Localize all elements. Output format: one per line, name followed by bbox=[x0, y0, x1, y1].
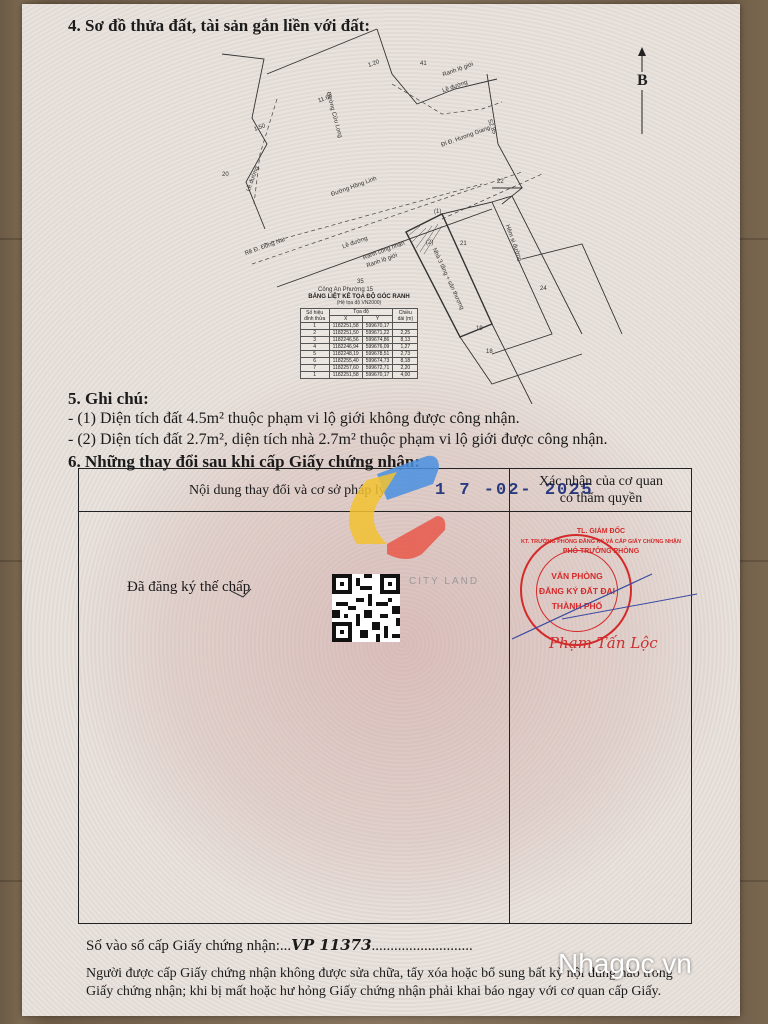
qr-code[interactable] bbox=[332, 574, 400, 642]
coordinate-cell-point: 5 bbox=[300, 351, 329, 358]
coordinate-cell-len: 8,13 bbox=[393, 337, 418, 344]
col-header-confirm-line2: có thẩm quyền bbox=[511, 490, 691, 507]
coordinate-cell-point: 4 bbox=[300, 344, 329, 351]
coordinate-table-row: 61182255,40599674,738,18 bbox=[300, 358, 418, 365]
coordinate-cell-point: 2 bbox=[300, 330, 329, 337]
coordinate-cell-len bbox=[393, 323, 418, 330]
coordinate-cell-y: 599672,71 bbox=[362, 365, 393, 372]
coordinate-cell-len: 8,18 bbox=[393, 358, 418, 365]
registry-value: VP 11373 bbox=[291, 936, 371, 954]
coordinate-cell-len: 2,73 bbox=[393, 351, 418, 358]
coordinate-cell-x: 1182248,19 bbox=[329, 351, 362, 358]
map-label-note: (2) bbox=[426, 240, 433, 246]
col-y: Y bbox=[362, 316, 393, 323]
coordinate-cell-x: 1182251,58 bbox=[329, 372, 362, 379]
signature-stroke-icon bbox=[502, 554, 702, 644]
coordinate-cell-y: 599674,86 bbox=[362, 337, 393, 344]
col-length: Chiều dài (m) bbox=[393, 309, 418, 323]
coordinate-cell-point: 1 bbox=[300, 372, 329, 379]
coordinate-cell-x: 1182246,56 bbox=[329, 337, 362, 344]
map-label-parcel: 19 bbox=[476, 326, 483, 332]
coordinate-table-row: 31182246,56599674,868,13 bbox=[300, 337, 418, 344]
coordinate-cell-point: 6 bbox=[300, 358, 329, 365]
col-header-confirm-line1: Xác nhận của cơ quan bbox=[511, 473, 691, 490]
warning-line-2: Giấy chứng nhận; khi bị mất hoặc hư hỏng… bbox=[86, 984, 661, 1000]
coordinate-cell-len: 2,20 bbox=[393, 365, 418, 372]
coordinate-cell-y: 599670,17 bbox=[362, 372, 393, 379]
coordinate-cell-y: 599674,73 bbox=[362, 358, 393, 365]
coordinate-table: Số hiệu đỉnh thửa Tọa độ Chiều dài (m) X… bbox=[300, 308, 419, 379]
qr-code-icon bbox=[332, 574, 400, 642]
coordinate-cell-len: 4,00 bbox=[393, 372, 418, 379]
map-label-parcel: 24 bbox=[540, 286, 547, 292]
registry-number: Số vào sổ cấp Giấy chứng nhận:...VP 1137… bbox=[86, 936, 473, 955]
map-label-parcel: 41 bbox=[420, 61, 427, 67]
coordinate-table-block: BẢNG LIỆT KÊ TỌA ĐỘ GÓC RANH (Hệ tọa độ … bbox=[274, 294, 444, 379]
coordinate-table-row: 11182251,58599670,17 bbox=[300, 323, 418, 330]
map-label-parcel: 21 bbox=[460, 241, 467, 247]
col-point: Số hiệu đỉnh thửa bbox=[300, 309, 329, 323]
col-coords: Tọa độ bbox=[329, 309, 393, 316]
coordinate-cell-len: 2,25 bbox=[393, 330, 418, 337]
coordinate-table-row: 71182257,60599672,712,20 bbox=[300, 365, 418, 372]
coordinate-cell-x: 1182251,50 bbox=[329, 330, 362, 337]
coordinate-table-row: 41182246,94599676,091,27 bbox=[300, 344, 418, 351]
registry-label: Số vào sổ cấp Giấy chứng nhận:... bbox=[86, 938, 291, 954]
note-1: - (1) Diện tích đất 4.5m² thuộc phạm vi … bbox=[68, 410, 520, 428]
map-label-parcel: 20 bbox=[222, 172, 229, 178]
map-label-station: Công An Phường 15 bbox=[318, 287, 373, 293]
map-label-parcel: 18 bbox=[486, 349, 493, 355]
coordinate-cell-x: 1182251,58 bbox=[329, 323, 362, 330]
coordinate-cell-point: 3 bbox=[300, 337, 329, 344]
registry-dots: ........................... bbox=[372, 938, 473, 954]
site-watermark: Nhagoc.vn bbox=[558, 948, 692, 980]
coordinate-cell-point: 7 bbox=[300, 365, 329, 372]
coordinate-table-row: 11182251,58599670,174,00 bbox=[300, 372, 418, 379]
coordinate-cell-y: 599676,09 bbox=[362, 344, 393, 351]
certificate-page: 4. Sơ đồ thửa đất, tài sản gắn liền với … bbox=[22, 4, 740, 1016]
coordinate-cell-x: 1182257,60 bbox=[329, 365, 362, 372]
coordinate-cell-point: 1 bbox=[300, 323, 329, 330]
watermark-logo-icon bbox=[327, 444, 467, 569]
col-header-confirm: Xác nhận của cơ quan có thẩm quyền bbox=[511, 473, 691, 507]
coordinate-table-row: 51182248,19599678,512,73 bbox=[300, 351, 418, 358]
coordinate-cell-x: 1182255,40 bbox=[329, 358, 362, 365]
col-x: X bbox=[329, 316, 362, 323]
handwritten-tick-icon bbox=[229, 585, 259, 601]
coordinate-cell-x: 1182246,94 bbox=[329, 344, 362, 351]
map-label-note: (1) bbox=[434, 209, 441, 215]
map-label-parcel: 35 bbox=[357, 279, 364, 285]
coordinate-cell-len: 1,27 bbox=[393, 344, 418, 351]
coordinate-cell-y: 599671,22 bbox=[362, 330, 393, 337]
coordinate-table-subtitle: (Hệ tọa độ VN2000) bbox=[274, 300, 444, 306]
qr-caption: CITY LAND bbox=[409, 576, 479, 587]
section-5-title: 5. Ghi chú: bbox=[68, 389, 149, 409]
coordinate-cell-y: 599678,51 bbox=[362, 351, 393, 358]
confirm-line1: TL. GIÁM ĐỐC bbox=[511, 527, 691, 537]
coordinate-table-row: 21182251,50599671,222,25 bbox=[300, 330, 418, 337]
map-label-parcel: 22 bbox=[497, 179, 504, 185]
coordinate-cell-y: 599670,17 bbox=[362, 323, 393, 330]
